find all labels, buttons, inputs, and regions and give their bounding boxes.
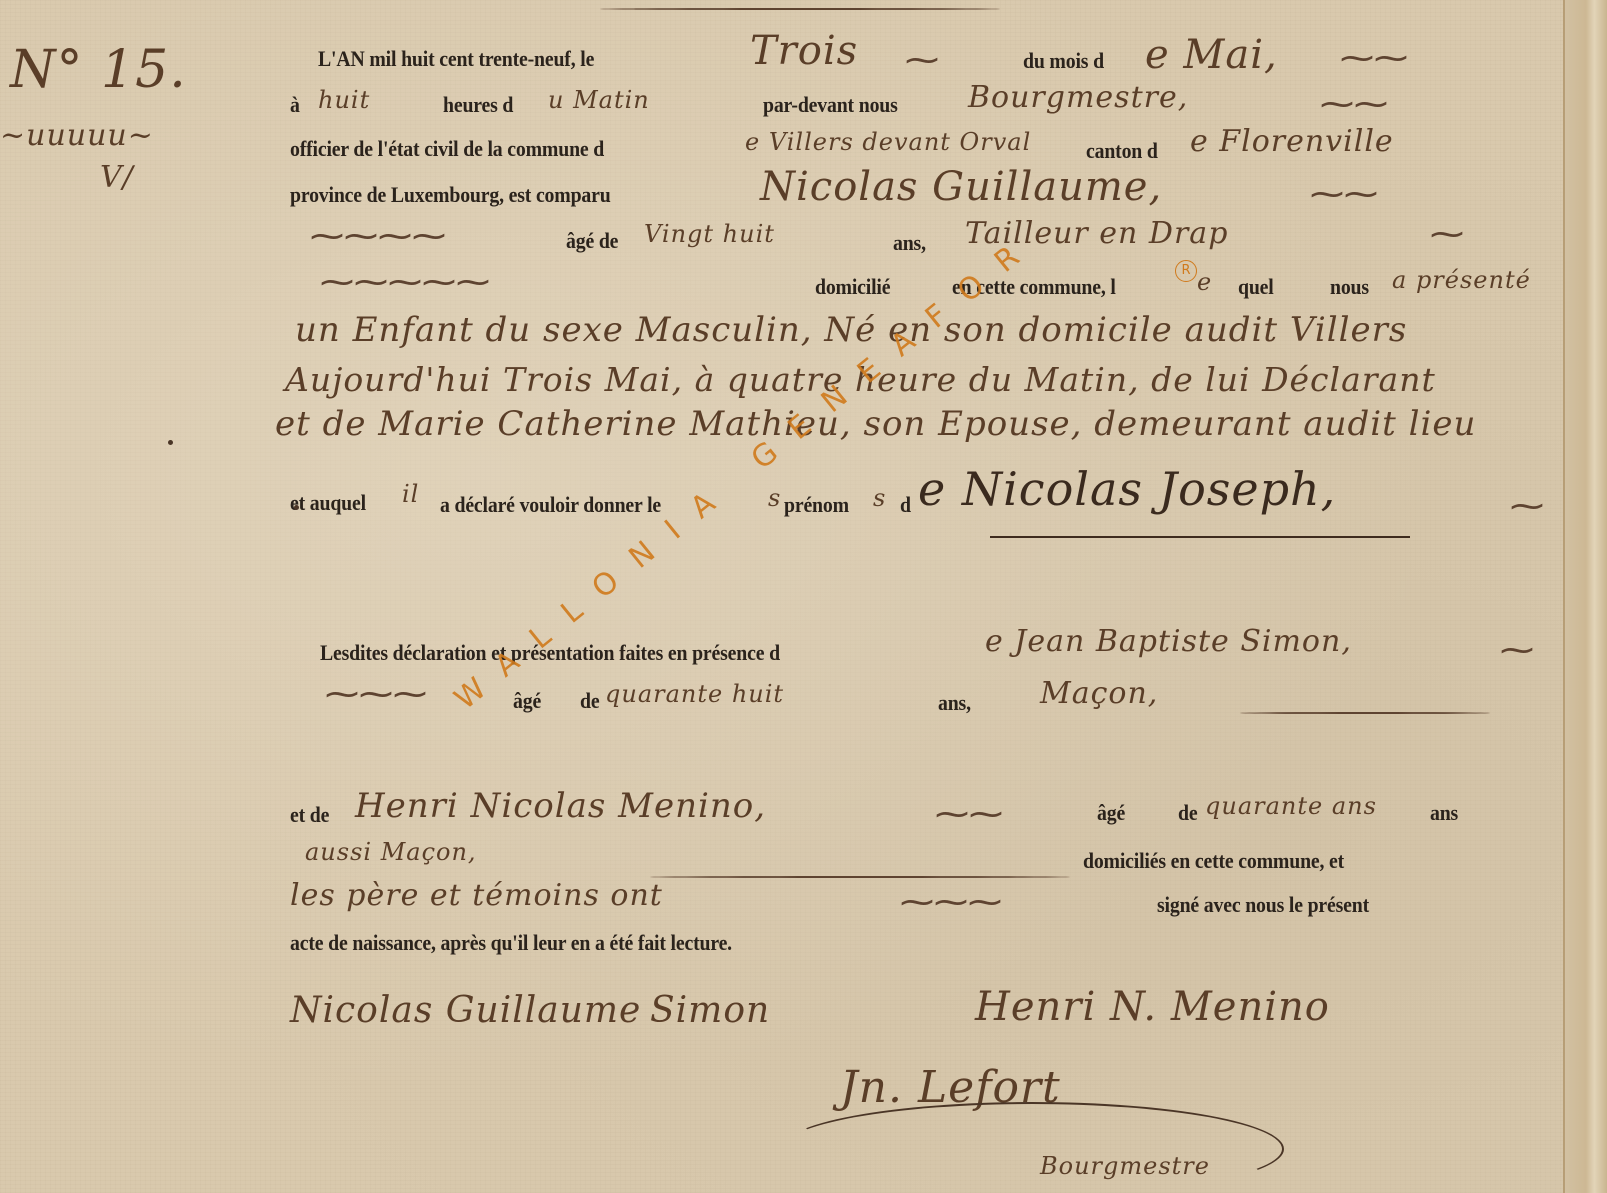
hand-commune: e Villers devant Orval <box>745 128 1031 156</box>
top-flourish <box>600 8 1000 10</box>
signature-witness1: Simon <box>650 990 770 1031</box>
hand-hour: huit <box>318 86 370 114</box>
paper-speck <box>294 505 299 510</box>
print-line-1a: L'AN mil huit cent trente-neuf, le <box>318 46 594 72</box>
paper-speck <box>168 440 173 445</box>
print-line-2c: par-devant nous <box>763 92 898 118</box>
hand-witness1-age: quarante huit <box>605 680 784 708</box>
print-line-3b: canton d <box>1086 138 1158 164</box>
filler-line <box>1240 712 1490 714</box>
registered-mark-icon: R <box>1175 260 1197 282</box>
print-line-10a: et auquel <box>290 490 366 516</box>
hand-line-15: les père et témoins ont <box>290 878 663 913</box>
name-underline <box>990 536 1410 538</box>
hand-child-name: e Nicolas Joseph, <box>918 462 1336 516</box>
hand-line-7: un Enfant du sexe Masculin, Né en son do… <box>295 310 1407 350</box>
print-line-4a: province de Luxembourg, est comparu <box>290 182 611 208</box>
filler-tilde: ⁓ <box>1430 214 1464 254</box>
hand-6a: e <box>1197 268 1212 296</box>
print-line-6a: domicilié <box>815 274 890 300</box>
margin-initials: V/ <box>100 160 134 195</box>
print-line-16: acte de naissance, après qu'il leur en a… <box>290 930 732 956</box>
hand-10a: il <box>402 480 419 508</box>
filler-tilde: ⁓⁓ <box>935 794 1003 834</box>
hand-10b: s <box>768 484 781 512</box>
print-line-6c: quel <box>1238 274 1274 300</box>
hand-official: Bourgmestre, <box>968 80 1188 115</box>
hand-6b: a présenté <box>1392 266 1531 294</box>
print-line-14: domiciliés en cette commune, et <box>1083 848 1344 874</box>
hand-month: e Mai, <box>1145 32 1278 78</box>
filler-tilde: ⁓⁓⁓ <box>325 674 427 714</box>
filler-tilde: ⁓⁓⁓⁓⁓ <box>320 262 490 302</box>
filler-tilde: ⁓ <box>905 40 939 80</box>
print-line-12b: de <box>580 688 599 714</box>
filler-tilde: ⁓ <box>1510 486 1544 526</box>
hand-witness2-age: quarante ans <box>1205 792 1377 820</box>
hand-day: Trois <box>750 28 858 74</box>
print-line-13b: âgé <box>1097 800 1125 826</box>
print-line-5a: âgé de <box>566 228 618 254</box>
hand-line-14: aussi Maçon, <box>305 838 477 866</box>
filler-tilde: ⁓⁓⁓ <box>900 882 1002 922</box>
print-line-10c: prénom <box>784 492 849 518</box>
hand-witness2: Henri Nicolas Menino, <box>355 786 766 826</box>
print-line-10d: d <box>900 492 911 518</box>
hand-age: Vingt huit <box>644 220 775 248</box>
hand-canton: e Florenville <box>1190 124 1394 159</box>
filler-line <box>650 876 1070 878</box>
hand-witness1: e Jean Baptiste Simon, <box>985 624 1352 659</box>
print-line-12a: âgé <box>513 688 541 714</box>
print-line-2a: à <box>290 92 300 118</box>
margin-flourish: ~uuuuu~ <box>0 118 154 153</box>
print-line-13a: et de <box>290 802 329 828</box>
act-number: N° 15. <box>10 40 187 100</box>
mayor-title: Bourgmestre <box>1040 1152 1210 1180</box>
print-line-13c: de <box>1178 800 1197 826</box>
print-line-6d: nous <box>1330 274 1369 300</box>
signature-declarant: Nicolas Guillaume <box>290 990 641 1031</box>
print-line-13d: ans <box>1430 800 1458 826</box>
print-line-15: signé avec nous le présent <box>1157 892 1369 918</box>
filler-tilde: ⁓⁓ <box>1310 174 1378 214</box>
signature-witness2: Henri N. Menino <box>975 984 1330 1030</box>
print-line-10b: a déclaré vouloir donner le <box>440 492 661 518</box>
print-line-3a: officier de l'état civil de la commune d <box>290 136 604 162</box>
hand-witness1-occupation: Maçon, <box>1040 676 1158 711</box>
hand-declarant: Nicolas Guillaume, <box>760 164 1162 210</box>
print-line-2b: heures d <box>443 92 513 118</box>
filler-tilde: ⁓⁓ <box>1320 84 1388 124</box>
filler-tilde: ⁓ <box>1500 630 1534 670</box>
hand-10c: s <box>873 484 886 512</box>
filler-tilde: ⁓⁓ <box>1340 38 1408 78</box>
page-binding-edge <box>1563 0 1607 1193</box>
print-line-1b: du mois d <box>1023 48 1104 74</box>
print-line-12c: ans, <box>938 690 971 716</box>
hand-period: u Matin <box>548 86 650 114</box>
filler-tilde: ⁓⁓⁓⁓ <box>310 216 446 256</box>
print-line-5b: ans, <box>893 230 926 256</box>
hand-line-9: et de Marie Catherine Mathieu, son Epous… <box>275 404 1476 444</box>
